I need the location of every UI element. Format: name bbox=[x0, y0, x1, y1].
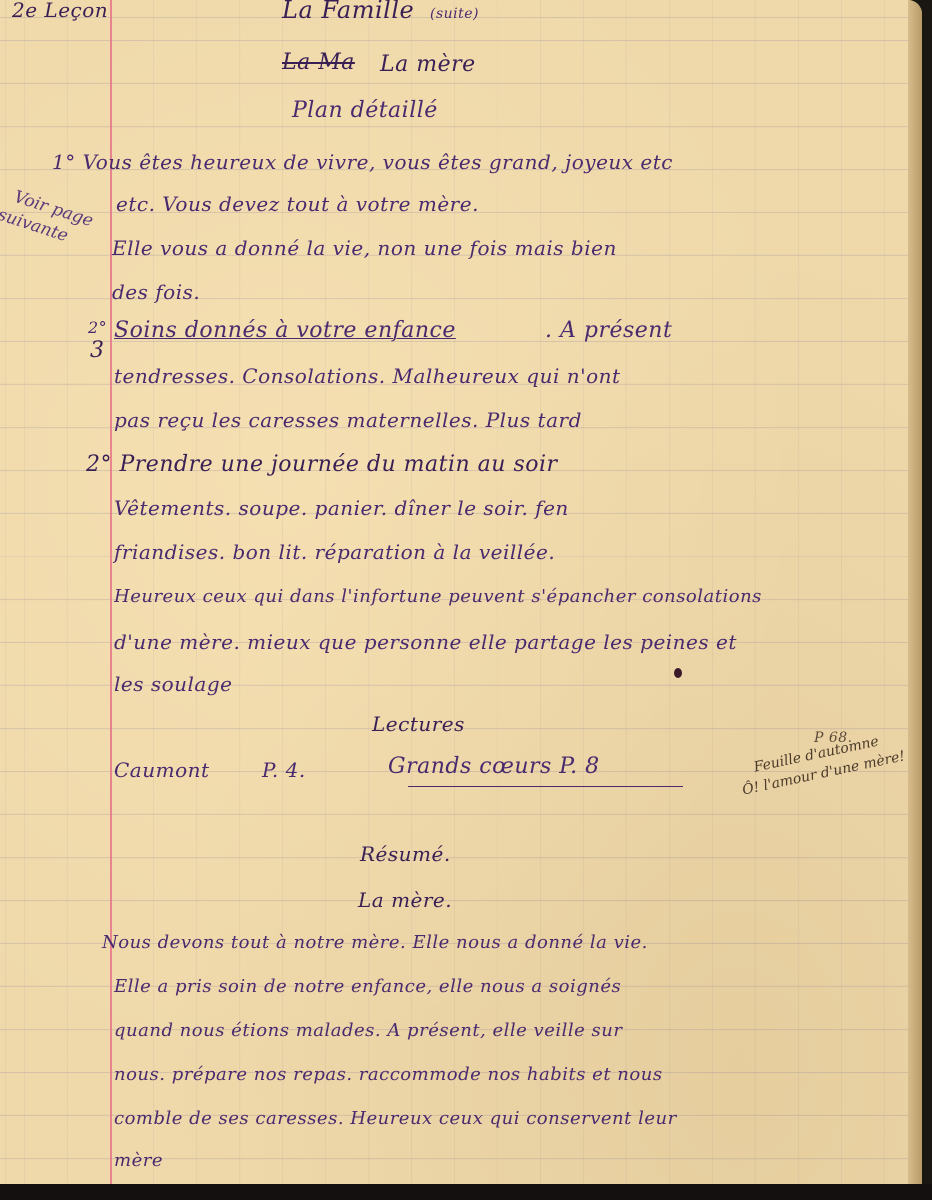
summary-heading: Résumé. bbox=[360, 842, 451, 866]
page-title: La Famille bbox=[282, 0, 414, 24]
reading-item-2: Grands cœurs P. 8 bbox=[388, 754, 600, 779]
plan-line-2: etc. Vous devez tout à votre mère. bbox=[116, 192, 479, 216]
reading-underline bbox=[408, 786, 683, 787]
reading-author: Caumont bbox=[114, 758, 210, 782]
plan-line-13: les soulage bbox=[114, 672, 233, 696]
summary-title: La mère. bbox=[358, 888, 452, 912]
lesson-number: 2e Leçon bbox=[12, 0, 108, 22]
summary-line-6: mère bbox=[114, 1150, 163, 1171]
plan-line-1: 1° Vous êtes heureux de vivre, vous êtes… bbox=[52, 150, 673, 174]
section-heading: Plan détaillé bbox=[292, 98, 438, 123]
plan-number-struck: 3 bbox=[90, 338, 105, 363]
summary-line-4: nous. prépare nos repas. raccommode nos … bbox=[114, 1064, 663, 1085]
reading-page: P. 4. bbox=[262, 758, 306, 782]
plan-line-3: Elle vous a donné la vie, non une fois m… bbox=[112, 236, 617, 260]
summary-line-5: comble de ses caresses. Heureux ceux qui… bbox=[114, 1108, 677, 1129]
ink-blot bbox=[674, 668, 682, 678]
readings-heading: Lectures bbox=[372, 712, 465, 736]
scan-border bbox=[0, 1184, 932, 1200]
plan-line-7: pas reçu les caresses maternelles. Plus … bbox=[114, 408, 582, 432]
plan-line-8: 2° Prendre une journée du matin au soir bbox=[86, 452, 558, 477]
plan-line-4: des fois. bbox=[112, 280, 200, 304]
subtitle: La mère bbox=[380, 52, 476, 77]
margin-line bbox=[110, 0, 112, 1184]
summary-line-1: Nous devons tout à notre mère. Elle nous… bbox=[102, 932, 648, 953]
plan-line-5-end: . A présent bbox=[545, 318, 672, 343]
underlined-phrase: Soins donnés à votre enfance bbox=[114, 318, 456, 343]
plan-line-9: Vêtements. soupe. panier. dîner le soir.… bbox=[114, 496, 569, 520]
plan-line-11: Heureux ceux qui dans l'infortune peuven… bbox=[114, 586, 762, 607]
plan-line-6: tendresses. Consolations. Malheureux qui… bbox=[114, 364, 621, 388]
summary-line-2: Elle a pris soin de notre enfance, elle … bbox=[114, 976, 621, 997]
plan-line-5: Soins donnés à votre enfance bbox=[114, 318, 456, 343]
page-edge bbox=[908, 0, 922, 1184]
plan-line-10: friandises. bon lit. réparation à la vei… bbox=[114, 540, 555, 564]
summary-line-3: quand nous étions malades. A présent, el… bbox=[114, 1020, 622, 1041]
notebook-page: 2e Leçon La Famille (suite) La Ma La mèr… bbox=[0, 0, 922, 1184]
title-note: (suite) bbox=[430, 6, 479, 22]
margin-note: Voir page suivante bbox=[4, 186, 95, 253]
struck-subtitle: La Ma bbox=[282, 50, 355, 75]
plan-number-2: 2° bbox=[88, 318, 107, 337]
plan-line-12: d'une mère. mieux que personne elle part… bbox=[114, 630, 737, 654]
